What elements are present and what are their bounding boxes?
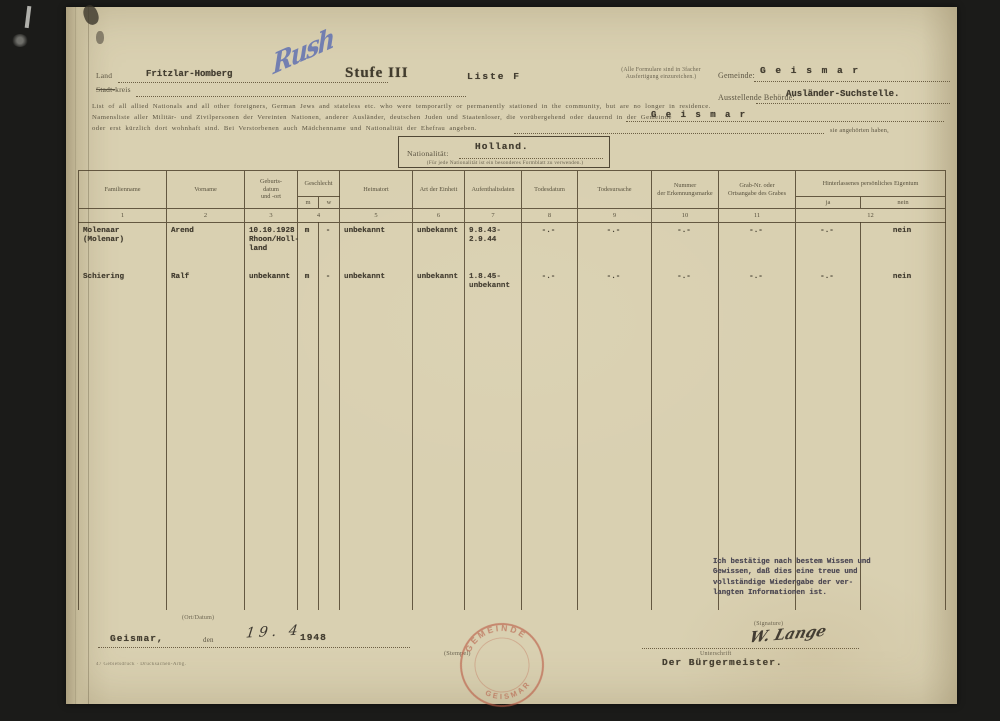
column-number-row: 1 2 3 4 5 6 7 8 9 10 11 12 bbox=[79, 209, 946, 223]
stamp-text-top: GEMEINDE bbox=[459, 616, 531, 656]
printer-imprint: 47 Gebietsdruck · Drucksachen-Arbg. bbox=[96, 662, 186, 667]
cell-aufenthalt: 9.8.43- 2.9.44 bbox=[465, 223, 522, 269]
year-value: 1948 bbox=[300, 632, 327, 643]
table-header-row: Familienname Vorname Geburts- datum und … bbox=[79, 171, 946, 197]
copies-note-line2: Ausfertigung einzureichen.) bbox=[586, 74, 736, 81]
cell-m: m bbox=[298, 269, 319, 309]
col-todesdatum: Todesdatum bbox=[522, 171, 578, 209]
cell-heimatort: unbekannt bbox=[340, 269, 413, 309]
stamp-text-bottom: GEISMAR bbox=[482, 677, 535, 706]
col-number: 2 bbox=[167, 209, 245, 223]
dotted-line bbox=[754, 81, 950, 82]
col-vorname: Vorname bbox=[167, 171, 245, 209]
stadt-strikethrough: Stadt- bbox=[96, 85, 115, 94]
handwritten-date: 19. 4 bbox=[245, 622, 303, 641]
cell-todesdatum: -.- bbox=[522, 223, 578, 269]
liste-label: Liste F bbox=[467, 71, 521, 82]
copies-note-line1: (Alle Formulare sind in 3facher bbox=[586, 67, 736, 74]
col-eigentum: Hinterlassenes persönliches Eigentum bbox=[796, 171, 946, 197]
cell-m: m bbox=[298, 223, 319, 269]
col-heimatort: Heimatort bbox=[340, 171, 413, 209]
dotted-line bbox=[626, 121, 944, 122]
intro-line2-de: Namensliste aller Militär- und Zivilpers… bbox=[92, 114, 672, 121]
cell-eigentum-ja: -.- bbox=[796, 269, 861, 309]
persons-list-table: Familienname Vorname Geburts- datum und … bbox=[78, 170, 946, 610]
cell-todesdatum: -.- bbox=[522, 269, 578, 309]
gemeinde-label: Gemeinde: bbox=[718, 71, 755, 80]
col-art-der-einheit: Art der Einheit bbox=[413, 171, 465, 209]
cell-vorname: Ralf bbox=[167, 269, 245, 309]
nationality-label: Nationalität: bbox=[407, 149, 449, 158]
film-edge-blob bbox=[12, 34, 28, 47]
cell-erkennungsmarke: -.- bbox=[652, 223, 719, 269]
col-number: 3 bbox=[245, 209, 298, 223]
handwritten-blue-note: Rush bbox=[273, 22, 333, 82]
cell-w: - bbox=[319, 223, 340, 269]
cell-aufenthalt: 1.8.45- unbekannt bbox=[465, 269, 522, 309]
signature-date-line bbox=[98, 647, 410, 648]
col-aufenthaltsdaten: Aufenthaltsdaten bbox=[465, 171, 522, 209]
cell-eigentum-ja: -.- bbox=[796, 223, 861, 269]
copies-note: (Alle Formulare sind in 3facher Ausferti… bbox=[586, 67, 736, 81]
cell-einheit: unbekannt bbox=[413, 269, 465, 309]
col-number: 7 bbox=[465, 209, 522, 223]
nationality-note: (Für jede Nationalität ist ein besondere… bbox=[403, 160, 607, 167]
ort-datum-label: (Ort/Datum) bbox=[182, 615, 214, 622]
scanned-form-page: Land Fritzlar-Homberg Stadt-kreis Rush S… bbox=[66, 7, 957, 704]
cell-familienname: Schiering bbox=[79, 269, 167, 309]
cell-geburtsdatum: unbekannt bbox=[245, 269, 298, 309]
behoerde-value: Ausländer-Suchstelle. bbox=[786, 89, 899, 99]
svg-text:GEMEINDE: GEMEINDE bbox=[459, 616, 531, 656]
dotted-line bbox=[136, 96, 466, 97]
cell-vorname: Arend bbox=[167, 223, 245, 269]
cell-grab: -.- bbox=[719, 223, 796, 269]
cell-einheit: unbekannt bbox=[413, 223, 465, 269]
paper-edge-line bbox=[75, 7, 76, 704]
kreis-suffix: kreis bbox=[115, 85, 131, 94]
col-number: 5 bbox=[340, 209, 413, 223]
intro-line1-en: List of all allied Nationals and all oth… bbox=[92, 103, 711, 110]
stadtkreis-label: Stadt-kreis bbox=[96, 85, 131, 94]
table-row: Schiering Ralf unbekannt m - unbekannt u… bbox=[79, 269, 946, 309]
film-edge-mark bbox=[25, 6, 32, 28]
table-row: Molenaar (Molenar) Arend 10.10.1928 Rhoo… bbox=[79, 223, 946, 269]
cell-todesursache: -.- bbox=[578, 223, 652, 269]
staple-mark bbox=[81, 3, 101, 27]
intro-gemeinde-insert: G e i s m a r bbox=[651, 110, 747, 120]
cell-w: - bbox=[319, 269, 340, 309]
sub-col-ja: ja bbox=[796, 197, 861, 209]
signature-line bbox=[642, 648, 859, 649]
col-number: 12 bbox=[796, 209, 946, 223]
punch-mark bbox=[96, 31, 104, 44]
col-number: 10 bbox=[652, 209, 719, 223]
den-label: den bbox=[203, 636, 214, 644]
behoerde-label: Ausstellende Behörde: bbox=[718, 93, 795, 102]
col-number: 4 bbox=[298, 209, 340, 223]
scan-stage: Land Fritzlar-Homberg Stadt-kreis Rush S… bbox=[0, 0, 1000, 712]
dotted-line bbox=[118, 82, 388, 83]
gemeinde-value: G e i s m a r bbox=[760, 65, 860, 76]
cell-erkennungsmarke: -.- bbox=[652, 269, 719, 309]
sub-col-m: m bbox=[298, 197, 319, 209]
cell-grab: -.- bbox=[719, 269, 796, 309]
col-familienname: Familienname bbox=[79, 171, 167, 209]
intro-line3-de: oder erst kürzlich dort wohnhaft sind. B… bbox=[92, 125, 477, 132]
certification-statement: Ich bestätige nach bestem Wissen und Gew… bbox=[713, 557, 903, 599]
place-value: Geismar, bbox=[110, 633, 164, 644]
nationality-box: Nationalität: Holland. (Für jede Nationa… bbox=[398, 136, 610, 168]
cell-geburtsdatum: 10.10.1928 Rhoon/Holl- land bbox=[245, 223, 298, 269]
col-number: 1 bbox=[79, 209, 167, 223]
signer-title: Der Bürgermeister. bbox=[662, 657, 783, 668]
nationality-value: Holland. bbox=[475, 141, 529, 152]
col-number: 11 bbox=[719, 209, 796, 223]
col-geburtsdatum: Geburts- datum und -ort bbox=[245, 171, 298, 209]
dotted-line bbox=[756, 103, 950, 104]
col-erkennungsmarke: Nummer der Erkennungsmarke bbox=[652, 171, 719, 209]
col-number: 8 bbox=[522, 209, 578, 223]
intro-line3-right: sie angehörten haben, bbox=[830, 127, 889, 134]
land-label: Land bbox=[96, 71, 112, 80]
cell-familienname: Molenaar (Molenar) bbox=[79, 223, 167, 269]
col-grab-nr: Grab-Nr. oder Ortsangabe des Grabes bbox=[719, 171, 796, 209]
cell-todesursache: -.- bbox=[578, 269, 652, 309]
cell-heimatort: unbekannt bbox=[340, 223, 413, 269]
sub-col-nein: nein bbox=[861, 197, 946, 209]
dotted-line bbox=[459, 158, 603, 159]
cell-eigentum-nein: nein bbox=[861, 223, 946, 269]
stufe-title: Stufe III bbox=[345, 65, 409, 82]
col-number: 6 bbox=[413, 209, 465, 223]
cell-eigentum-nein: nein bbox=[861, 269, 946, 309]
dotted-line bbox=[514, 133, 824, 134]
col-number: 9 bbox=[578, 209, 652, 223]
sub-col-w: w bbox=[319, 197, 340, 209]
col-geschlecht: Geschlecht bbox=[298, 171, 340, 197]
gemeinde-round-stamp: GEMEINDE GEISMAR bbox=[446, 609, 558, 712]
col-todesursache: Todesursache bbox=[578, 171, 652, 209]
kreis-value: Fritzlar-Homberg bbox=[146, 69, 232, 79]
svg-text:GEISMAR: GEISMAR bbox=[482, 677, 535, 706]
